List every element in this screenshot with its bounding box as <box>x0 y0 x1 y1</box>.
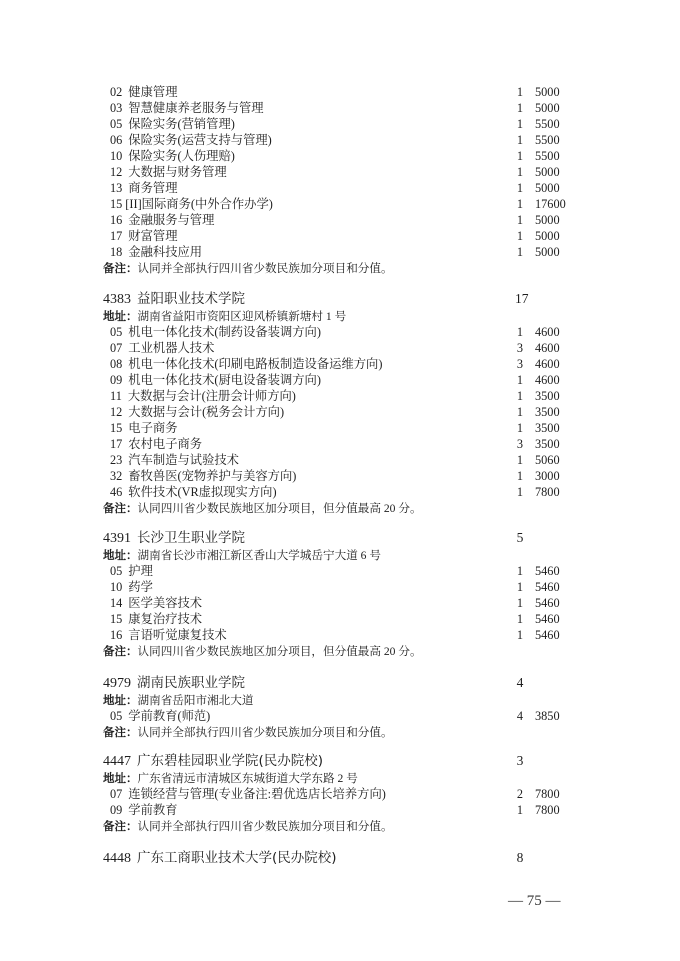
note-text: 备注：认同四川省少数民族地区加分项目，但分值最高 20 分。 <box>103 643 422 660</box>
major-text: 10保险实务(人伤理赔) <box>110 148 235 164</box>
major-code: 05 <box>110 709 122 723</box>
major-name: 学前教育(师范) <box>128 709 210 723</box>
major-text: 15[II]国际商务(中外合作办学) <box>110 196 273 212</box>
school-code: 4383 <box>103 292 131 307</box>
school-note: 备注：认同并全部执行四川省少数民族加分项目和分值。 <box>103 724 573 740</box>
major-text: 18金融科技应用 <box>110 244 202 260</box>
major-code: 17 <box>110 229 122 243</box>
major-code: 06 <box>110 133 122 147</box>
major-count: 1 <box>515 484 525 500</box>
note-value: 认同并全部执行四川省少数民族加分项目和分值。 <box>138 820 393 833</box>
major-code: 09 <box>110 373 122 387</box>
major-row: 10药学15460 <box>103 579 573 595</box>
major-row: 15[II]国际商务(中外合作办学)117600 <box>103 196 573 212</box>
major-code: 05 <box>110 325 122 339</box>
major-name: 保险实务(营销管理) <box>128 117 235 131</box>
major-fee: 3500 <box>535 420 560 436</box>
major-row: 05学前教育(师范)43850 <box>103 708 573 724</box>
major-code: 05 <box>110 117 122 131</box>
major-row: 12大数据与财务管理15000 <box>103 164 573 180</box>
major-count: 1 <box>515 148 525 164</box>
major-count: 1 <box>515 244 525 260</box>
major-name: 金融科技应用 <box>128 245 202 259</box>
major-text: 32畜牧兽医(宠物养护与美容方向) <box>110 468 296 484</box>
major-count: 1 <box>515 468 525 484</box>
major-text: 07连锁经营与管理(专业备注:碧优选店长培养方向) <box>110 786 386 802</box>
school-address: 地址：湖南省长沙市湘江新区香山大学城岳宁大道 6 号 <box>103 547 573 563</box>
major-text: 15电子商务 <box>110 420 178 436</box>
major-count: 1 <box>515 611 525 627</box>
major-fee: 7800 <box>535 802 560 818</box>
school-total: 5 <box>515 529 525 547</box>
school-address: 地址：广东省清远市清城区东城街道大学东路 2 号 <box>103 770 573 786</box>
major-fee: 5000 <box>535 244 560 260</box>
major-fee: 4600 <box>535 324 560 340</box>
major-text: 02健康管理 <box>110 84 178 100</box>
major-text: 17农村电子商务 <box>110 436 202 452</box>
major-fee: 5460 <box>535 579 560 595</box>
major-count: 1 <box>515 627 525 643</box>
major-row: 46软件技术(VR虚拟现实方向)17800 <box>103 484 573 500</box>
major-count: 1 <box>515 116 525 132</box>
major-count: 1 <box>515 563 525 579</box>
major-name: 机电一体化技术(制药设备装调方向) <box>128 325 321 339</box>
major-code: 05 <box>110 564 122 578</box>
major-name: 商务管理 <box>128 181 177 195</box>
school-title: 4447广东碧桂园职业学院(民办院校) <box>103 752 323 771</box>
major-name: 机电一体化技术(印刷电路板制造设备运维方向) <box>128 357 382 371</box>
major-fee: 4600 <box>535 340 560 356</box>
address-value: 湖南省益阳市资阳区迎风桥镇新塘村 1 号 <box>138 310 347 323</box>
major-text: 17财富管理 <box>110 228 178 244</box>
school-total: 8 <box>515 849 525 867</box>
major-fee: 3500 <box>535 436 560 452</box>
major-row: 09学前教育17800 <box>103 802 573 818</box>
school-header: 4979湖南民族职业学院4 <box>103 674 573 692</box>
major-code: 23 <box>110 453 122 467</box>
major-row: 05机电一体化技术(制药设备装调方向)14600 <box>103 324 573 340</box>
major-name: 汽车制造与试验技术 <box>128 453 239 467</box>
major-name: 言语听觉康复技术 <box>128 628 226 642</box>
major-count: 3 <box>515 356 525 372</box>
major-count: 1 <box>515 196 525 212</box>
note-label: 备注： <box>103 501 138 515</box>
major-count: 1 <box>515 324 525 340</box>
school-title: 4448广东工商职业技术大学(民办院校) <box>103 849 337 868</box>
major-name: 财富管理 <box>128 229 177 243</box>
major-code: 07 <box>110 341 122 355</box>
major-row: 16言语听觉康复技术15460 <box>103 627 573 643</box>
school-code: 4448 <box>103 851 131 866</box>
school-title: 4391长沙卫生职业学院 <box>103 529 245 548</box>
major-row: 05护理15460 <box>103 563 573 579</box>
address-value: 湖南省长沙市湘江新区香山大学城岳宁大道 6 号 <box>138 549 381 562</box>
major-name: 保险实务(运营支持与管理) <box>128 133 271 147</box>
major-text: 12大数据与财务管理 <box>110 164 227 180</box>
major-name: 康复治疗技术 <box>128 612 202 626</box>
address-value: 湖南省岳阳市湘北大道 <box>138 694 254 707</box>
major-name: 大数据与会计(税务会计方向) <box>128 405 284 419</box>
major-fee: 3000 <box>535 468 560 484</box>
major-text: 06保险实务(运营支持与管理) <box>110 132 272 148</box>
major-fee: 5000 <box>535 180 560 196</box>
major-count: 1 <box>515 84 525 100</box>
school-name: 广东工商职业技术大学(民办院校) <box>137 850 337 866</box>
major-fee: 5460 <box>535 611 560 627</box>
major-code: 10 <box>110 149 122 163</box>
school-name: 益阳职业技术学院 <box>137 291 245 307</box>
major-text: 14医学美容技术 <box>110 595 202 611</box>
major-count: 1 <box>515 372 525 388</box>
major-text: 46软件技术(VR虚拟现实方向) <box>110 484 277 500</box>
major-count: 3 <box>515 436 525 452</box>
major-code: 10 <box>110 580 122 594</box>
school-title: 4979湖南民族职业学院 <box>103 674 245 693</box>
major-name: 农村电子商务 <box>128 437 202 451</box>
school-note: 备注：认同四川省少数民族地区加分项目，但分值最高 20 分。 <box>103 643 573 659</box>
major-code: 02 <box>110 85 122 99</box>
major-code: 46 <box>110 485 122 499</box>
major-text: 08机电一体化技术(印刷电路板制造设备运维方向) <box>110 356 382 372</box>
note-label: 备注： <box>103 725 138 739</box>
major-name: 电子商务 <box>128 421 177 435</box>
major-name: 学前教育 <box>128 803 177 817</box>
note-text: 备注：认同四川省少数民族地区加分项目，但分值最高 20 分。 <box>103 500 422 517</box>
address-label: 地址： <box>103 309 138 323</box>
major-text: 13商务管理 <box>110 180 178 196</box>
major-fee: 5000 <box>535 84 560 100</box>
school-total: 3 <box>515 752 525 770</box>
major-code: 13 <box>110 181 122 195</box>
major-text: 09学前教育 <box>110 802 178 818</box>
major-text: 16金融服务与管理 <box>110 212 214 228</box>
major-row: 11大数据与会计(注册会计师方向)13500 <box>103 388 573 404</box>
major-name: 连锁经营与管理(专业备注:碧优选店长培养方向) <box>128 787 386 801</box>
page-number: — 75 — <box>508 893 561 910</box>
major-text: 03智慧健康养老服务与管理 <box>110 100 264 116</box>
major-row: 13商务管理15000 <box>103 180 573 196</box>
address-label: 地址： <box>103 771 138 785</box>
major-name: 医学美容技术 <box>128 596 202 610</box>
major-code: 16 <box>110 628 122 642</box>
major-row: 02健康管理15000 <box>103 84 573 100</box>
school-address: 地址：湖南省岳阳市湘北大道 <box>103 692 573 708</box>
major-text: 15康复治疗技术 <box>110 611 202 627</box>
major-code: 11 <box>110 389 122 403</box>
major-fee: 5000 <box>535 212 560 228</box>
school-total: 17 <box>515 290 525 308</box>
major-fee: 4600 <box>535 356 560 372</box>
major-name: 金融服务与管理 <box>128 213 214 227</box>
major-code: 17 <box>110 437 122 451</box>
major-count: 1 <box>515 452 525 468</box>
address-text: 地址：湖南省益阳市资阳区迎风桥镇新塘村 1 号 <box>103 308 346 325</box>
major-name: 药学 <box>128 580 153 594</box>
major-name: 护理 <box>128 564 153 578</box>
major-row: 07工业机器人技术34600 <box>103 340 573 356</box>
major-fee: 3500 <box>535 388 560 404</box>
note-label: 备注： <box>103 261 138 275</box>
note-text: 备注：认同并全部执行四川省少数民族加分项目和分值。 <box>103 724 393 741</box>
major-row: 09机电一体化技术(厨电设备装调方向)14600 <box>103 372 573 388</box>
major-fee: 4600 <box>535 372 560 388</box>
major-text: 11大数据与会计(注册会计师方向) <box>110 388 296 404</box>
school-note: 备注：认同并全部执行四川省少数民族加分项目和分值。 <box>103 818 573 834</box>
school-address: 地址：湖南省益阳市资阳区迎风桥镇新塘村 1 号 <box>103 308 573 324</box>
major-text: 09机电一体化技术(厨电设备装调方向) <box>110 372 321 388</box>
address-text: 地址：湖南省岳阳市湘北大道 <box>103 692 253 709</box>
major-count: 1 <box>515 164 525 180</box>
major-fee: 3500 <box>535 404 560 420</box>
major-text: 05学前教育(师范) <box>110 708 210 724</box>
note-label: 备注： <box>103 644 138 658</box>
major-name: 机电一体化技术(厨电设备装调方向) <box>128 373 321 387</box>
major-row: 32畜牧兽医(宠物养护与美容方向)13000 <box>103 468 573 484</box>
note-value: 认同四川省少数民族地区加分项目，但分值最高 20 分。 <box>138 645 422 658</box>
major-text: 07工业机器人技术 <box>110 340 214 356</box>
address-label: 地址： <box>103 693 138 707</box>
major-name: [II]国际商务(中外合作办学) <box>125 197 273 211</box>
major-row: 14医学美容技术15460 <box>103 595 573 611</box>
major-row: 10保险实务(人伤理赔)15500 <box>103 148 573 164</box>
school-header: 4383益阳职业技术学院17 <box>103 290 573 308</box>
major-code: 14 <box>110 596 122 610</box>
major-text: 12大数据与会计(税务会计方向) <box>110 404 284 420</box>
major-name: 智慧健康养老服务与管理 <box>128 101 263 115</box>
school-total: 4 <box>515 674 525 692</box>
major-row: 05保险实务(营销管理)15500 <box>103 116 573 132</box>
major-name: 软件技术(VR虚拟现实方向) <box>128 485 276 499</box>
school-header: 4447广东碧桂园职业学院(民办院校)3 <box>103 752 573 770</box>
major-fee: 5000 <box>535 228 560 244</box>
major-fee: 7800 <box>535 786 560 802</box>
major-row: 16金融服务与管理15000 <box>103 212 573 228</box>
major-text: 05保险实务(营销管理) <box>110 116 235 132</box>
school-note: 备注：认同四川省少数民族地区加分项目，但分值最高 20 分。 <box>103 500 573 516</box>
major-code: 18 <box>110 245 122 259</box>
major-name: 工业机器人技术 <box>128 341 214 355</box>
major-count: 1 <box>515 100 525 116</box>
note-text: 备注：认同并全部执行四川省少数民族加分项目和分值。 <box>103 260 393 277</box>
school-code: 4391 <box>103 531 131 546</box>
major-row: 17农村电子商务33500 <box>103 436 573 452</box>
major-count: 1 <box>515 420 525 436</box>
major-row: 15电子商务13500 <box>103 420 573 436</box>
major-count: 1 <box>515 579 525 595</box>
document-page: 02健康管理1500003智慧健康养老服务与管理1500005保险实务(营销管理… <box>0 0 680 961</box>
major-code: 15 <box>110 421 122 435</box>
major-fee: 5460 <box>535 627 560 643</box>
major-name: 大数据与会计(注册会计师方向) <box>128 389 296 403</box>
major-fee: 5500 <box>535 116 560 132</box>
major-fee: 5060 <box>535 452 560 468</box>
address-text: 地址：广东省清远市清城区东城街道大学东路 2 号 <box>103 770 358 787</box>
major-row: 08机电一体化技术(印刷电路板制造设备运维方向)34600 <box>103 356 573 372</box>
major-code: 03 <box>110 101 122 115</box>
major-code: 15 <box>110 612 122 626</box>
school-title: 4383益阳职业技术学院 <box>103 290 245 309</box>
major-text: 05护理 <box>110 563 153 579</box>
major-fee: 5500 <box>535 148 560 164</box>
major-count: 1 <box>515 180 525 196</box>
major-name: 大数据与财务管理 <box>128 165 226 179</box>
major-code: 16 <box>110 213 122 227</box>
major-count: 1 <box>515 404 525 420</box>
note-value: 认同四川省少数民族地区加分项目，但分值最高 20 分。 <box>138 502 422 515</box>
major-count: 1 <box>515 388 525 404</box>
major-count: 1 <box>515 228 525 244</box>
address-label: 地址： <box>103 548 138 562</box>
major-fee: 5460 <box>535 595 560 611</box>
major-fee: 17600 <box>535 196 566 212</box>
major-name: 保险实务(人伤理赔) <box>128 149 235 163</box>
major-code: 07 <box>110 787 122 801</box>
major-code: 09 <box>110 803 122 817</box>
school-code: 4979 <box>103 676 131 691</box>
major-code: 12 <box>110 165 122 179</box>
major-row: 03智慧健康养老服务与管理15000 <box>103 100 573 116</box>
major-count: 4 <box>515 708 525 724</box>
school-note: 备注：认同并全部执行四川省少数民族加分项目和分值。 <box>103 260 573 276</box>
major-row: 07连锁经营与管理(专业备注:碧优选店长培养方向)27800 <box>103 786 573 802</box>
school-name: 湖南民族职业学院 <box>137 675 245 691</box>
major-fee: 5000 <box>535 100 560 116</box>
major-text: 16言语听觉康复技术 <box>110 627 227 643</box>
major-count: 1 <box>515 802 525 818</box>
note-text: 备注：认同并全部执行四川省少数民族加分项目和分值。 <box>103 818 393 835</box>
major-code: 15 <box>110 197 122 211</box>
address-value: 广东省清远市清城区东城街道大学东路 2 号 <box>138 772 358 785</box>
major-code: 32 <box>110 469 122 483</box>
major-row: 06保险实务(运营支持与管理)15500 <box>103 132 573 148</box>
major-text: 10药学 <box>110 579 153 595</box>
note-label: 备注： <box>103 819 138 833</box>
major-text: 05机电一体化技术(制药设备装调方向) <box>110 324 321 340</box>
major-name: 畜牧兽医(宠物养护与美容方向) <box>128 469 296 483</box>
major-fee: 3850 <box>535 708 560 724</box>
major-count: 1 <box>515 212 525 228</box>
school-name: 广东碧桂园职业学院(民办院校) <box>137 753 323 769</box>
major-name: 健康管理 <box>128 85 177 99</box>
major-fee: 5000 <box>535 164 560 180</box>
major-row: 23汽车制造与试验技术15060 <box>103 452 573 468</box>
school-name: 长沙卫生职业学院 <box>137 530 245 546</box>
major-count: 3 <box>515 340 525 356</box>
school-code: 4447 <box>103 754 131 769</box>
note-value: 认同并全部执行四川省少数民族加分项目和分值。 <box>138 262 393 275</box>
major-fee: 5460 <box>535 563 560 579</box>
major-row: 15康复治疗技术15460 <box>103 611 573 627</box>
major-fee: 5500 <box>535 132 560 148</box>
major-code: 12 <box>110 405 122 419</box>
note-value: 认同并全部执行四川省少数民族加分项目和分值。 <box>138 726 393 739</box>
major-code: 08 <box>110 357 122 371</box>
address-text: 地址：湖南省长沙市湘江新区香山大学城岳宁大道 6 号 <box>103 547 381 564</box>
school-header: 4448广东工商职业技术大学(民办院校)8 <box>103 849 573 867</box>
major-count: 2 <box>515 786 525 802</box>
school-header: 4391长沙卫生职业学院5 <box>103 529 573 547</box>
major-count: 1 <box>515 595 525 611</box>
major-fee: 7800 <box>535 484 560 500</box>
major-row: 12大数据与会计(税务会计方向)13500 <box>103 404 573 420</box>
major-row: 18金融科技应用15000 <box>103 244 573 260</box>
major-row: 17财富管理15000 <box>103 228 573 244</box>
major-text: 23汽车制造与试验技术 <box>110 452 239 468</box>
major-count: 1 <box>515 132 525 148</box>
